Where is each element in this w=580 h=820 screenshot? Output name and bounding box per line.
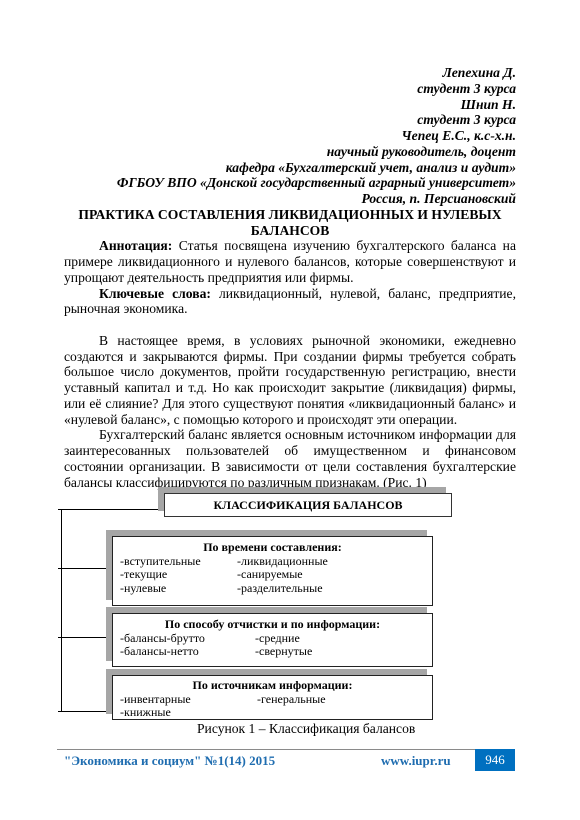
keywords-label: Ключевые слова: bbox=[99, 286, 211, 301]
category-row: -книжные bbox=[113, 706, 432, 720]
blank-line bbox=[64, 317, 516, 333]
category-row: -текущие -санируемые bbox=[113, 568, 432, 582]
diagram-title-box: КЛАССИФИКАЦИЯ БАЛАНСОВ bbox=[164, 493, 452, 517]
document-page: Лепехина Д. студент 3 курса Шнип Н. студ… bbox=[0, 0, 580, 820]
category-item: -нулевые bbox=[120, 582, 166, 596]
author-line: научный руководитель, доцент bbox=[64, 144, 516, 160]
category-item: -балансы-нетто bbox=[120, 645, 199, 659]
article-text: Лепехина Д. студент 3 курса Шнип Н. студ… bbox=[64, 65, 516, 490]
article-title: БАЛАНСОВ bbox=[64, 223, 516, 239]
category-row: -инвентарные -генеральные bbox=[113, 693, 432, 707]
category-item: -санируемые bbox=[237, 568, 303, 582]
body-line: «нулевой баланс», с помощью которого и п… bbox=[64, 412, 516, 428]
category-row: -нулевые -разделительные bbox=[113, 582, 432, 596]
category-box-by-cleaning: По способу отчистки и по информации: -ба… bbox=[112, 613, 433, 667]
category-title: По источникам информации: bbox=[113, 679, 432, 693]
category-box-by-source: По источникам информации: -инвентарные -… bbox=[112, 675, 433, 720]
author-line: студент 3 курса bbox=[64, 81, 516, 97]
annotation-label: Аннотация: bbox=[99, 238, 172, 253]
body-line: Бухгалтерский баланс является основным и… bbox=[64, 427, 516, 443]
figure-caption: Рисунок 1 – Классификация балансов bbox=[197, 721, 415, 737]
affiliation-line: кафедра «Бухгалтерский учет, анализ и ау… bbox=[64, 160, 516, 176]
footer-journal-name: "Экономика и социум" №1(14) 2015 bbox=[64, 753, 275, 769]
annotation-text: Статья посвящена изучению бухгалтерского… bbox=[172, 238, 516, 253]
footer-divider bbox=[57, 749, 475, 750]
category-item: -генеральные bbox=[257, 693, 326, 707]
category-item: -вступительные bbox=[120, 555, 201, 569]
body-line: создаются и закрываются фирмы. При созда… bbox=[64, 349, 516, 365]
body-line: большое число документов, пройти государ… bbox=[64, 364, 516, 380]
category-title: По времени составления: bbox=[113, 541, 432, 555]
category-row: -балансы-брутто -средние bbox=[113, 632, 432, 646]
footer-url: www.iupr.ru bbox=[381, 753, 451, 769]
arrow-line bbox=[58, 637, 106, 638]
category-item: -ликвидационные bbox=[237, 555, 328, 569]
arrow-line bbox=[58, 711, 106, 712]
category-item: -свернутые bbox=[255, 645, 312, 659]
connector-vertical bbox=[61, 509, 62, 712]
keywords-text: ликвидационный, нулевой, баланс, предпри… bbox=[211, 286, 516, 301]
author-line: студент 3 курса bbox=[64, 112, 516, 128]
category-row: -вступительные -ликвидационные bbox=[113, 555, 432, 569]
annotation-line: упрощают деятельность предприятия или фи… bbox=[64, 270, 516, 286]
body-line: заинтересованных пользователей об имущес… bbox=[64, 443, 516, 459]
body-line: состоянии организации. В зависимости от … bbox=[64, 459, 516, 475]
category-box-by-time: По времени составления: -вступительные -… bbox=[112, 536, 433, 606]
author-line: Чепец Е.С., к.с-х.н. bbox=[64, 128, 516, 144]
body-line: уставный капитал и т.д. Но как происходи… bbox=[64, 380, 516, 396]
keywords-line: Ключевые слова: ликвидационный, нулевой,… bbox=[64, 286, 516, 302]
annotation-line: примере ликвидационного и нулевого балан… bbox=[64, 254, 516, 270]
author-line: Лепехина Д. bbox=[64, 65, 516, 81]
category-item: -текущие bbox=[120, 568, 167, 582]
affiliation-line: ФГБОУ ВПО «Донской государственный аграр… bbox=[64, 175, 516, 191]
article-title: ПРАКТИКА СОСТАВЛЕНИЯ ЛИКВИДАЦИОННЫХ И НУ… bbox=[64, 207, 516, 223]
affiliation-line: Россия, п. Персиановский bbox=[64, 191, 516, 207]
connector-top bbox=[58, 509, 158, 510]
category-item: -книжные bbox=[120, 706, 171, 720]
category-item: -балансы-брутто bbox=[120, 632, 205, 646]
body-line: В настоящее время, в условиях рыночной э… bbox=[64, 333, 516, 349]
page-number-badge: 946 bbox=[475, 749, 515, 771]
body-line: или её слияние? Для этого существуют пон… bbox=[64, 396, 516, 412]
category-item: -разделительные bbox=[237, 582, 323, 596]
category-item: -средние bbox=[255, 632, 300, 646]
body-line: балансы классифицируются по различным пр… bbox=[64, 475, 516, 491]
arrow-line bbox=[58, 568, 106, 569]
annotation-line: Аннотация: Статья посвящена изучению бух… bbox=[64, 238, 516, 254]
category-row: -балансы-нетто -свернутые bbox=[113, 645, 432, 659]
author-line: Шнип Н. bbox=[64, 97, 516, 113]
keywords-line: рыночная экономика. bbox=[64, 301, 516, 317]
category-item: -инвентарные bbox=[120, 693, 191, 707]
category-title: По способу отчистки и по информации: bbox=[113, 618, 432, 632]
